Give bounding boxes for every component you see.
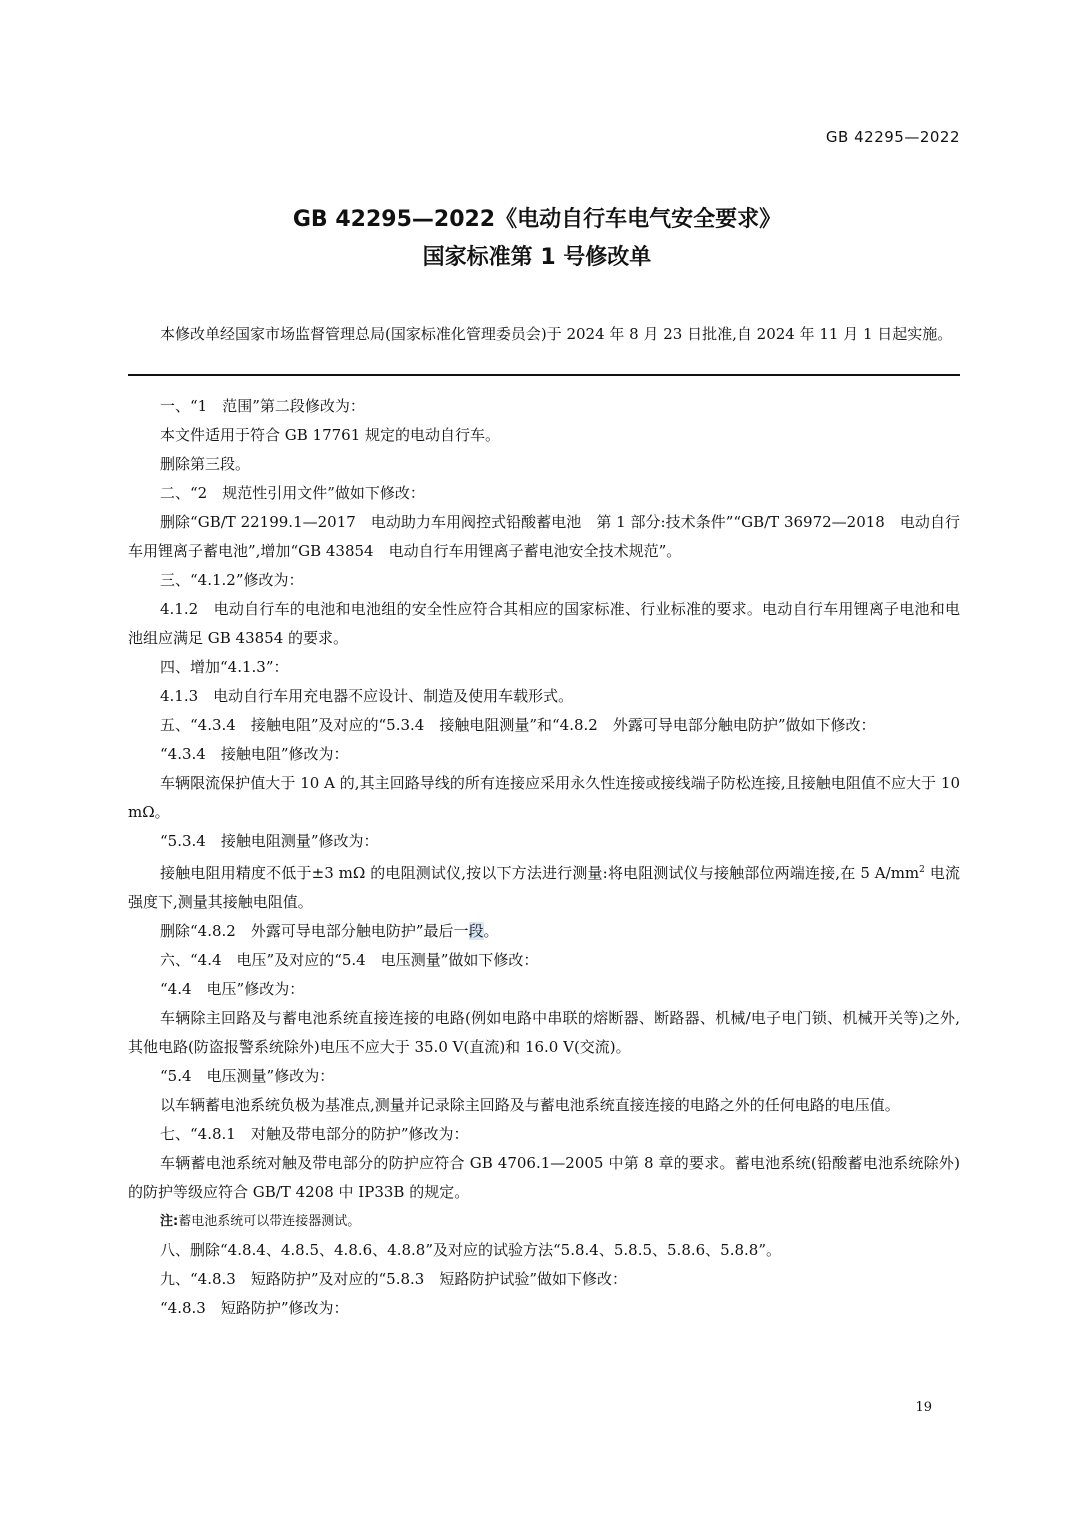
clause-4-4-text: 车辆除主回路及与蓄电池系统直接连接的电路(例如电路中串联的熔断器、断路器、机械/… xyxy=(128,1004,960,1062)
clause-4-3-4-heading: “4.3.4 接触电阻”修改为： xyxy=(128,740,960,769)
clause-4-8-3-heading: “4.8.3 短路防护”修改为： xyxy=(128,1294,960,1323)
clause-4-3-4-text: 车辆限流保护值大于 10 A 的,其主回路导线的所有连接应采用永久性连接或接线端… xyxy=(128,769,960,827)
approval-statement: 本修改单经国家市场监督管理总局(国家标准化管理委员会)于 2024 年 8 月 … xyxy=(128,320,960,349)
delete-third-para: 删除第三段。 xyxy=(128,450,960,479)
text-selection-highlight: 段 xyxy=(469,922,484,940)
standard-code-header: GB 42295—2022 xyxy=(826,128,960,146)
item-2-heading: 二、“2 规范性引用文件”做如下修改： xyxy=(128,479,960,508)
measurement-text: 接触电阻用精度不低于±3 mΩ 的电阻测试仪,按以下方法进行测量:将电阻测试仪与… xyxy=(160,864,919,882)
references-change: 删除“GB/T 22199.1—2017 电动助力车用阀控式铅酸蓄电池 第 1 … xyxy=(128,508,960,566)
item-4-heading: 四、增加“4.1.3”： xyxy=(128,653,960,682)
note-text: 蓄电池系统可以带连接器测试。 xyxy=(178,1214,360,1229)
item-7-heading: 七、“4.8.1 对触及带电部分的防护”修改为： xyxy=(128,1120,960,1149)
clause-4-1-2: 4.1.2 电动自行车的电池和电池组的安全性应符合其相应的国家标准、行业标准的要… xyxy=(128,595,960,653)
clause-5-4-text: 以车辆蓄电池系统负极为基准点,测量并记录除主回路及与蓄电池系统直接连接的电路之外… xyxy=(128,1091,960,1120)
clause-5-3-4-heading: “5.3.4 接触电阻测量”修改为： xyxy=(128,827,960,856)
item-5-heading: 五、“4.3.4 接触电阻”及对应的“5.3.4 接触电阻测量”和“4.8.2 … xyxy=(128,711,960,740)
scope-text: 本文件适用于符合 GB 17761 规定的电动自行车。 xyxy=(128,421,960,450)
document-title-line2: 国家标准第 1 号修改单 xyxy=(0,241,1074,275)
item-1-heading: 一、“1 范围”第二段修改为： xyxy=(128,392,960,421)
item-8-heading: 八、删除“4.8.4、4.8.5、4.8.6、4.8.8”及对应的试验方法“5.… xyxy=(128,1236,960,1265)
delete-4-8-2-last-para: 删除“4.8.2 外露可导电部分触电防护”最后一段。 xyxy=(128,917,960,946)
horizontal-divider xyxy=(128,374,960,376)
delete-text-end: 。 xyxy=(484,922,499,940)
page-number: 19 xyxy=(915,1400,932,1415)
document-title-line1: GB 42295—2022《电动自行车电气安全要求》 xyxy=(0,203,1074,237)
note: 注:蓄电池系统可以带连接器测试。 xyxy=(128,1207,960,1236)
item-6-heading: 六、“4.4 电压”及对应的“5.4 电压测量”做如下修改： xyxy=(128,946,960,975)
amendment-body: 一、“1 范围”第二段修改为： 本文件适用于符合 GB 17761 规定的电动自… xyxy=(128,392,960,1323)
item-9-heading: 九、“4.8.3 短路防护”及对应的“5.8.3 短路防护试验”做如下修改： xyxy=(128,1265,960,1294)
clause-4-1-3: 4.1.3 电动自行车用充电器不应设计、制造及使用车载形式。 xyxy=(128,682,960,711)
clause-5-3-4-text: 接触电阻用精度不低于±3 mΩ 的电阻测试仪,按以下方法进行测量:将电阻测试仪与… xyxy=(128,856,960,917)
note-label: 注: xyxy=(160,1214,178,1229)
clause-5-4-heading: “5.4 电压测量”修改为： xyxy=(128,1062,960,1091)
clause-4-8-1-text: 车辆蓄电池系统对触及带电部分的防护应符合 GB 4706.1—2005 中第 8… xyxy=(128,1149,960,1207)
delete-text: 删除“4.8.2 外露可导电部分触电防护”最后一 xyxy=(160,922,469,940)
item-3-heading: 三、“4.1.2”修改为： xyxy=(128,566,960,595)
clause-4-4-heading: “4.4 电压”修改为： xyxy=(128,975,960,1004)
